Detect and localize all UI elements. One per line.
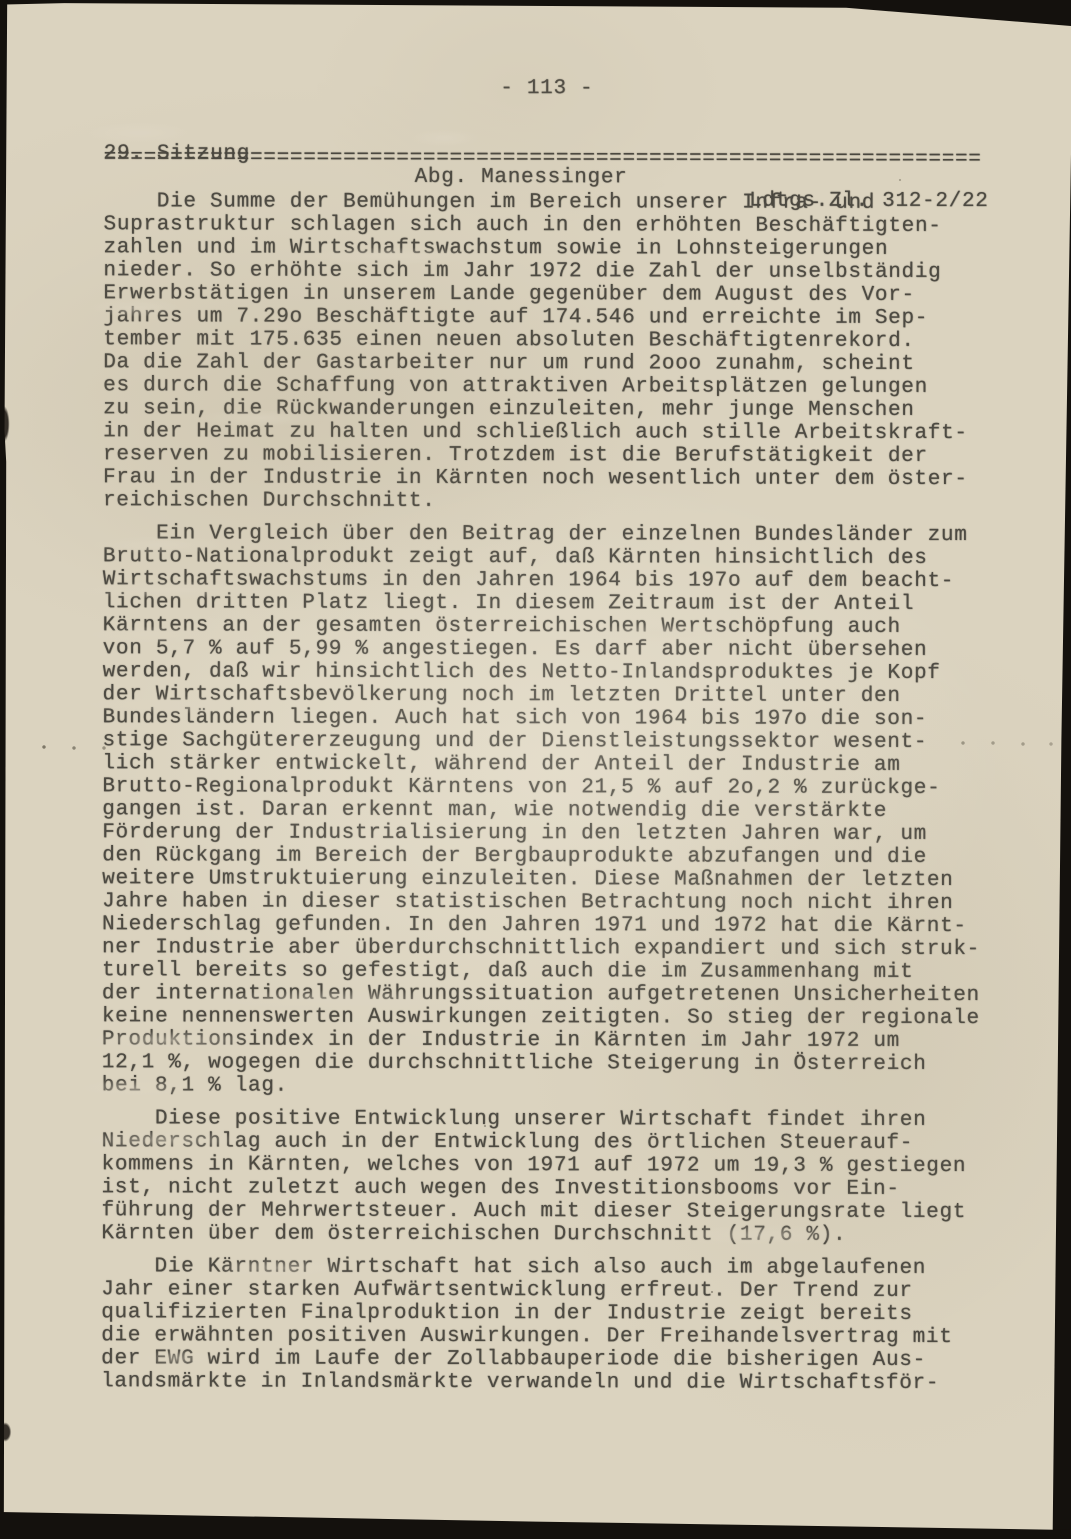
text-line: Niederschlag auch in der Entwicklung des… <box>102 1130 1002 1155</box>
text-line: nieder. So erhöhte sich im Jahr 1972 die… <box>103 259 1003 284</box>
text-line: in der Heimat zu halten und schließlich … <box>103 420 1003 445</box>
text-line: Da die Zahl der Gastarbeiter nur um rund… <box>103 351 1003 376</box>
paper-sheet: - 113 - 29. Sitzung Abg. Manessinger Ldt… <box>0 0 1071 1539</box>
text-line: lich stärker entwickelt, während der Ant… <box>102 752 1002 777</box>
text-line: jahres um 7.29o Beschäftigte auf 174.546… <box>103 305 1003 330</box>
text-line: qualifizierten Finalproduktion in der In… <box>101 1301 1001 1326</box>
text-line: Frau in der Industrie in Kärnten noch we… <box>103 466 1003 491</box>
document-body: Die Summe der Bemühungen im Bereich unse… <box>101 190 1004 1405</box>
text-line: werden, daß wir hinsichtlich des Netto-I… <box>103 660 1003 685</box>
page-number: - 113 - <box>104 76 990 101</box>
text-line: Die Summe der Bemühungen im Bereich unse… <box>104 190 1004 215</box>
text-line: Niederschlag gefunden. In den Jahren 197… <box>102 913 1002 938</box>
text-line: keine nennenswerten Auswirkungen zeitigt… <box>102 1005 1002 1030</box>
text-line: der internationalen Währungssituation au… <box>102 982 1002 1007</box>
text-line: den Rückgang im Bereich der Bergbauprodu… <box>102 844 1002 869</box>
paragraph: Ein Vergleich über den Beitrag der einze… <box>102 522 1003 1099</box>
text-line: weitere Umstruktuierung einzuleiten. Die… <box>102 867 1002 892</box>
text-line: lichen dritten Platz liegt. In diesem Ze… <box>103 591 1003 616</box>
text-line: Bundesländern liegen. Auch hat sich von … <box>102 706 1002 731</box>
text-line: Suprastruktur schlagen sich auch in den … <box>104 213 1004 238</box>
paragraph: Die Kärntner Wirtschaft hat sich also au… <box>101 1255 1001 1395</box>
text-line: Produktionsindex in der Industrie in Kär… <box>102 1028 1002 1053</box>
text-line: kommens in Kärnten, welches von 1971 auf… <box>102 1153 1002 1178</box>
text-line: gangen ist. Daran erkennt man, wie notwe… <box>102 798 1002 823</box>
text-line: Förderung der Industrialisierung in den … <box>102 821 1002 846</box>
text-line: Jahre haben in dieser statistischen Betr… <box>102 890 1002 915</box>
text-line: bei 8,1 % lag. <box>102 1074 1002 1099</box>
text-line: Die Kärntner Wirtschaft hat sich also au… <box>101 1255 1001 1280</box>
text-line: es durch die Schaffung von attraktiven A… <box>103 374 1003 399</box>
text-line: ist, nicht zuletzt auch wegen des Invest… <box>101 1176 1001 1201</box>
text-line: Brutto-Nationalprodukt zeigt auf, daß Kä… <box>103 545 1003 570</box>
scanned-typewritten-page: - 113 - 29. Sitzung Abg. Manessinger Ldt… <box>0 0 1071 1539</box>
paragraph: Die Summe der Bemühungen im Bereich unse… <box>103 190 1004 514</box>
text-line: 12,1 %, wogegen die durchschnittliche St… <box>102 1051 1002 1076</box>
text-line: stige Sachgütererzeugung und der Dienstl… <box>102 729 1002 754</box>
text-line: Erwerbstätigen in unserem Lande gegenübe… <box>103 282 1003 307</box>
text-line: Kärnten über dem österreichischen Durchs… <box>101 1222 1001 1247</box>
text-line: Brutto-Regionalprodukt Kärntens von 21,5… <box>102 775 1002 800</box>
text-line: die erwähnten positiven Auswirkungen. De… <box>101 1324 1001 1349</box>
text-line: reserven zu mobilisieren. Trotzdem ist d… <box>103 443 1003 468</box>
text-line: zahlen und im Wirtschaftswachstum sowie … <box>103 236 1003 261</box>
text-line: ner Industrie aber überdurchschnittlich … <box>102 936 1002 961</box>
text-line: zu sein, die Rückwanderungen einzuleiten… <box>103 397 1003 422</box>
text-line: Ein Vergleich über den Beitrag der einze… <box>103 522 1003 547</box>
text-line: tember mit 175.635 einen neuen absoluten… <box>103 328 1003 353</box>
text-line: Kärntens an der gesamten österreichische… <box>103 614 1003 639</box>
page-header: 29. Sitzung Abg. Manessinger Ldtgs.Zl. 3… <box>104 119 990 145</box>
text-line: Diese positive Entwicklung unserer Wirts… <box>102 1107 1002 1132</box>
paragraph: Diese positive Entwicklung unserer Wirts… <box>101 1107 1001 1247</box>
text-line: der EWG wird im Laufe der Zollabbauperio… <box>101 1347 1001 1372</box>
text-line: von 5,7 % auf 5,99 % angestiegen. Es dar… <box>103 637 1003 662</box>
text-line: der Wirtschaftsbevölkerung noch im letzt… <box>103 683 1003 708</box>
text-line: reichischen Durchschnitt. <box>103 489 1003 514</box>
text-line: landsmärkte in Inlandsmärkte verwandeln … <box>101 1370 1001 1395</box>
header-divider-line: ========================================… <box>104 146 1004 171</box>
text-line: Wirtschaftswachstums in den Jahren 1964 … <box>103 568 1003 593</box>
text-line: Jahr einer starken Aufwärtsentwicklung e… <box>101 1278 1001 1303</box>
text-line: führung der Mehrwertsteuer. Auch mit die… <box>101 1199 1001 1224</box>
text-line: turell bereits so gefestigt, daß auch di… <box>102 959 1002 984</box>
